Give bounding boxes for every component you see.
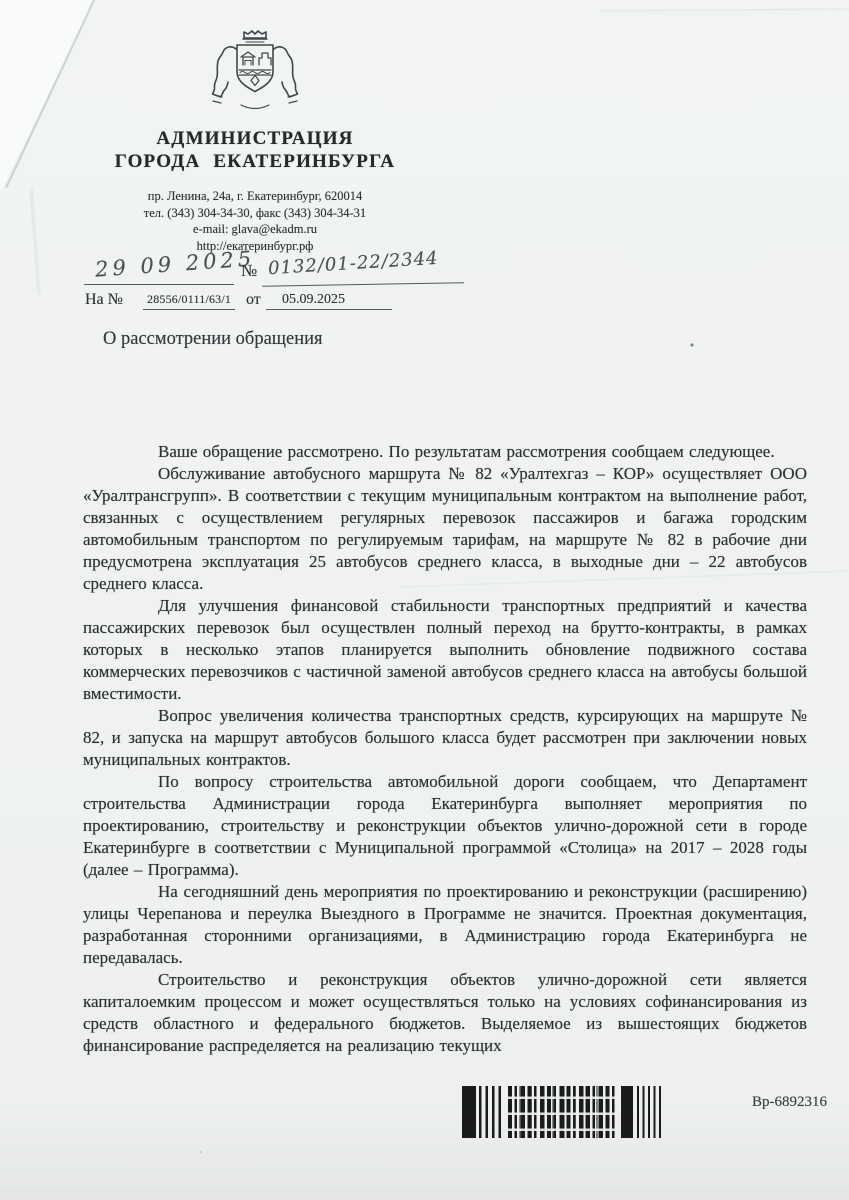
- incoming-ref-label: На №: [85, 291, 123, 309]
- body-paragraph: На сегодняшний день мероприятия по проек…: [83, 881, 807, 969]
- barcode-left-stripes: [479, 1086, 505, 1138]
- document-barcode: [462, 1086, 662, 1138]
- body-paragraph: По вопросу строительства автомобильной д…: [83, 771, 807, 881]
- barcode-data-region: [508, 1086, 618, 1138]
- letterhead-phone: тел. (343) 304-34-30, факс (343) 304-34-…: [85, 205, 425, 222]
- body-paragraph: Ваше обращение рассмотрено. По результат…: [83, 441, 807, 463]
- barcode-right-stripes: [637, 1086, 662, 1138]
- document-code: Вр-6892316: [752, 1094, 827, 1111]
- letterhead-email: e-mail: glava@ekadm.ru: [85, 221, 425, 238]
- number-underline: [262, 282, 464, 287]
- body-paragraph: Обслуживание автобусного маршрута № 82 «…: [83, 463, 807, 595]
- outgoing-number-label: №: [241, 261, 257, 281]
- letter-body: Ваше обращение рассмотрено. По результат…: [83, 441, 807, 1057]
- incoming-date: 05.09.2025: [282, 292, 345, 308]
- coat-of-arms-emblem: [203, 26, 307, 118]
- letterhead-address: пр. Ленина, 24а, г. Екатеринбург, 620014: [85, 188, 425, 205]
- letterhead: АДМИНИСТРАЦИЯ ГОРОДА ЕКАТЕРИНБУРГА пр. Л…: [85, 26, 425, 254]
- date-underline: [84, 284, 234, 285]
- org-name-line2: ГОРОДА ЕКАТЕРИНБУРГА: [85, 150, 425, 173]
- body-paragraph: Вопрос увеличения количества транспортны…: [83, 705, 807, 771]
- org-name-line1: АДМИНИСТРАЦИЯ: [85, 127, 425, 150]
- subject-line: О рассмотрении обращения: [103, 329, 323, 350]
- incoming-ref-number: 28556/0111/63/1: [147, 292, 231, 307]
- incoming-date-underline: [266, 309, 392, 310]
- body-paragraph: Для улучшения финансовой стабильности тр…: [83, 595, 807, 705]
- body-paragraph: Строительство и реконструкция объектов у…: [83, 969, 807, 1057]
- incoming-number-underline: [143, 309, 235, 310]
- scanned-letter-page: АДМИНИСТРАЦИЯ ГОРОДА ЕКАТЕРИНБУРГА пр. Л…: [0, 0, 849, 1200]
- incoming-from-label: от: [246, 291, 261, 309]
- barcode-start-bar: [462, 1086, 476, 1138]
- barcode-stop-bar: [621, 1086, 633, 1138]
